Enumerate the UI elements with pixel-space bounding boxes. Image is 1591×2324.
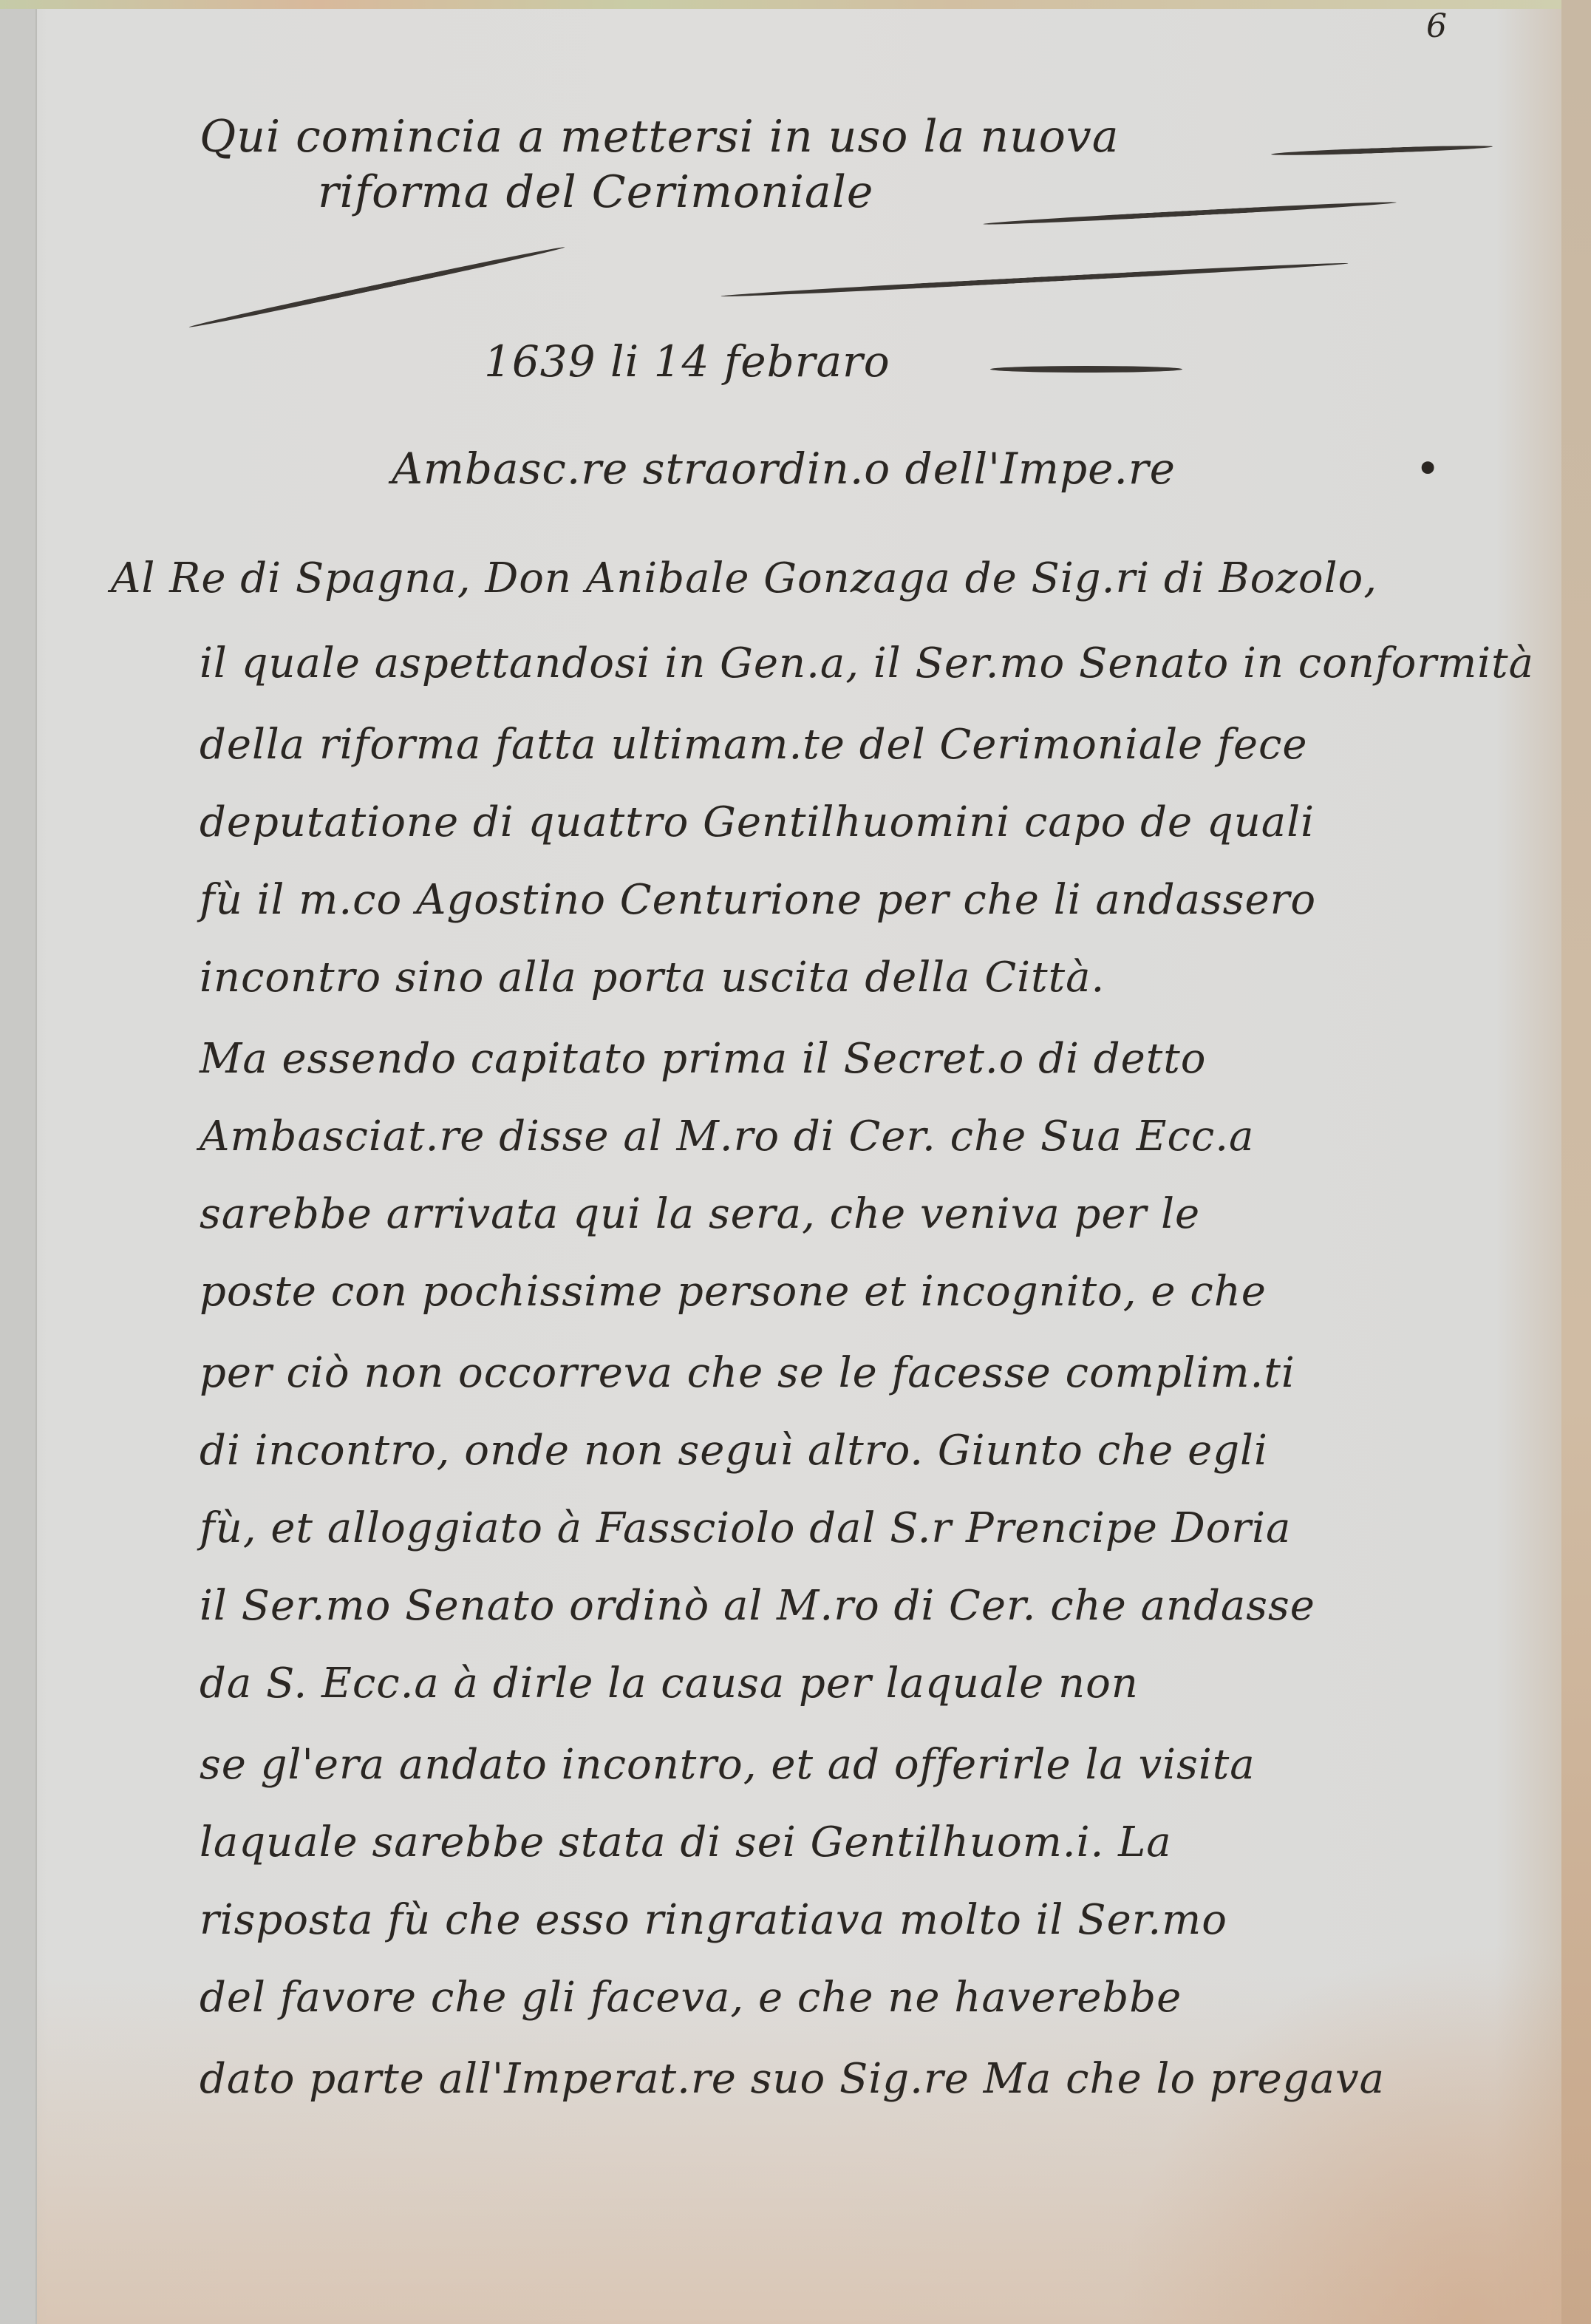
body-line: Ma essendo capitato prima il Secret.o di…: [200, 1035, 1206, 1083]
body-line: Ambasciat.re disse al M.ro di Cer. che S…: [200, 1112, 1254, 1161]
body-line: incontro sino alla porta uscita della Ci…: [200, 954, 1105, 1002]
manuscript-page: 6 Qui comincia a mettersi in uso la nuov…: [0, 0, 1591, 2324]
title-flourish: [1271, 144, 1493, 157]
title-flourish: [983, 200, 1397, 226]
page-right-edge: [1561, 0, 1591, 2324]
title-line-1: Qui comincia a mettersi in uso la nuova: [200, 111, 1120, 163]
body-line: fù, et alloggiato à Fassciolo dal S.r Pr…: [200, 1504, 1291, 1552]
title-line-2: riforma del Cerimoniale: [318, 166, 873, 218]
page-top-edge: [0, 0, 1591, 9]
body-line: dato parte all'Imperat.re suo Sig.re Ma …: [200, 2055, 1385, 2103]
title-flourish: [720, 261, 1348, 299]
body-line: di incontro, onde non seguì altro. Giunt…: [200, 1427, 1268, 1475]
section-heading: Ambasc.re straordin.o dell'Impe.re: [392, 444, 1176, 494]
body-line: sarebbe arrivata qui la sera, che veniva…: [200, 1190, 1200, 1238]
body-line: del favore che gli faceva, e che ne have…: [200, 1974, 1182, 2022]
body-line: deputatione di quattro Gentilhuomini cap…: [200, 798, 1315, 846]
body-line: il quale aspettandosi in Gen.a, il Ser.m…: [200, 639, 1534, 687]
body-line: risposta fù che esso ringratiava molto i…: [200, 1896, 1227, 1944]
body-line: poste con pochissime persone et incognit…: [200, 1268, 1267, 1316]
title-flourish: [188, 245, 565, 330]
heading-mark: •: [1415, 444, 1441, 494]
body-line: della riforma fatta ultimam.te del Cerim…: [200, 721, 1307, 769]
page-number: 6: [1426, 7, 1448, 45]
body-line: se gl'era andato incontro, et ad offerir…: [200, 1741, 1256, 1789]
page-left-edge: [0, 0, 37, 2324]
body-line: da S. Ecc.a à dirle la causa per laquale…: [200, 1659, 1139, 1708]
paper-stain: [1118, 1940, 1561, 2324]
body-line: laquale sarebbe stata di sei Gentilhuom.…: [200, 1818, 1172, 1866]
body-line: fù il m.co Agostino Centurione per che l…: [200, 876, 1316, 924]
body-line: Al Re di Spagna, Don Anibale Gonzaga de …: [111, 554, 1377, 602]
body-line: per ciò non occorreva che se le facesse …: [200, 1349, 1295, 1397]
body-line: il Ser.mo Senato ordinò al M.ro di Cer. …: [200, 1582, 1315, 1630]
date-line: 1639 li 14 febraro: [484, 336, 890, 387]
date-flourish: [990, 366, 1182, 373]
